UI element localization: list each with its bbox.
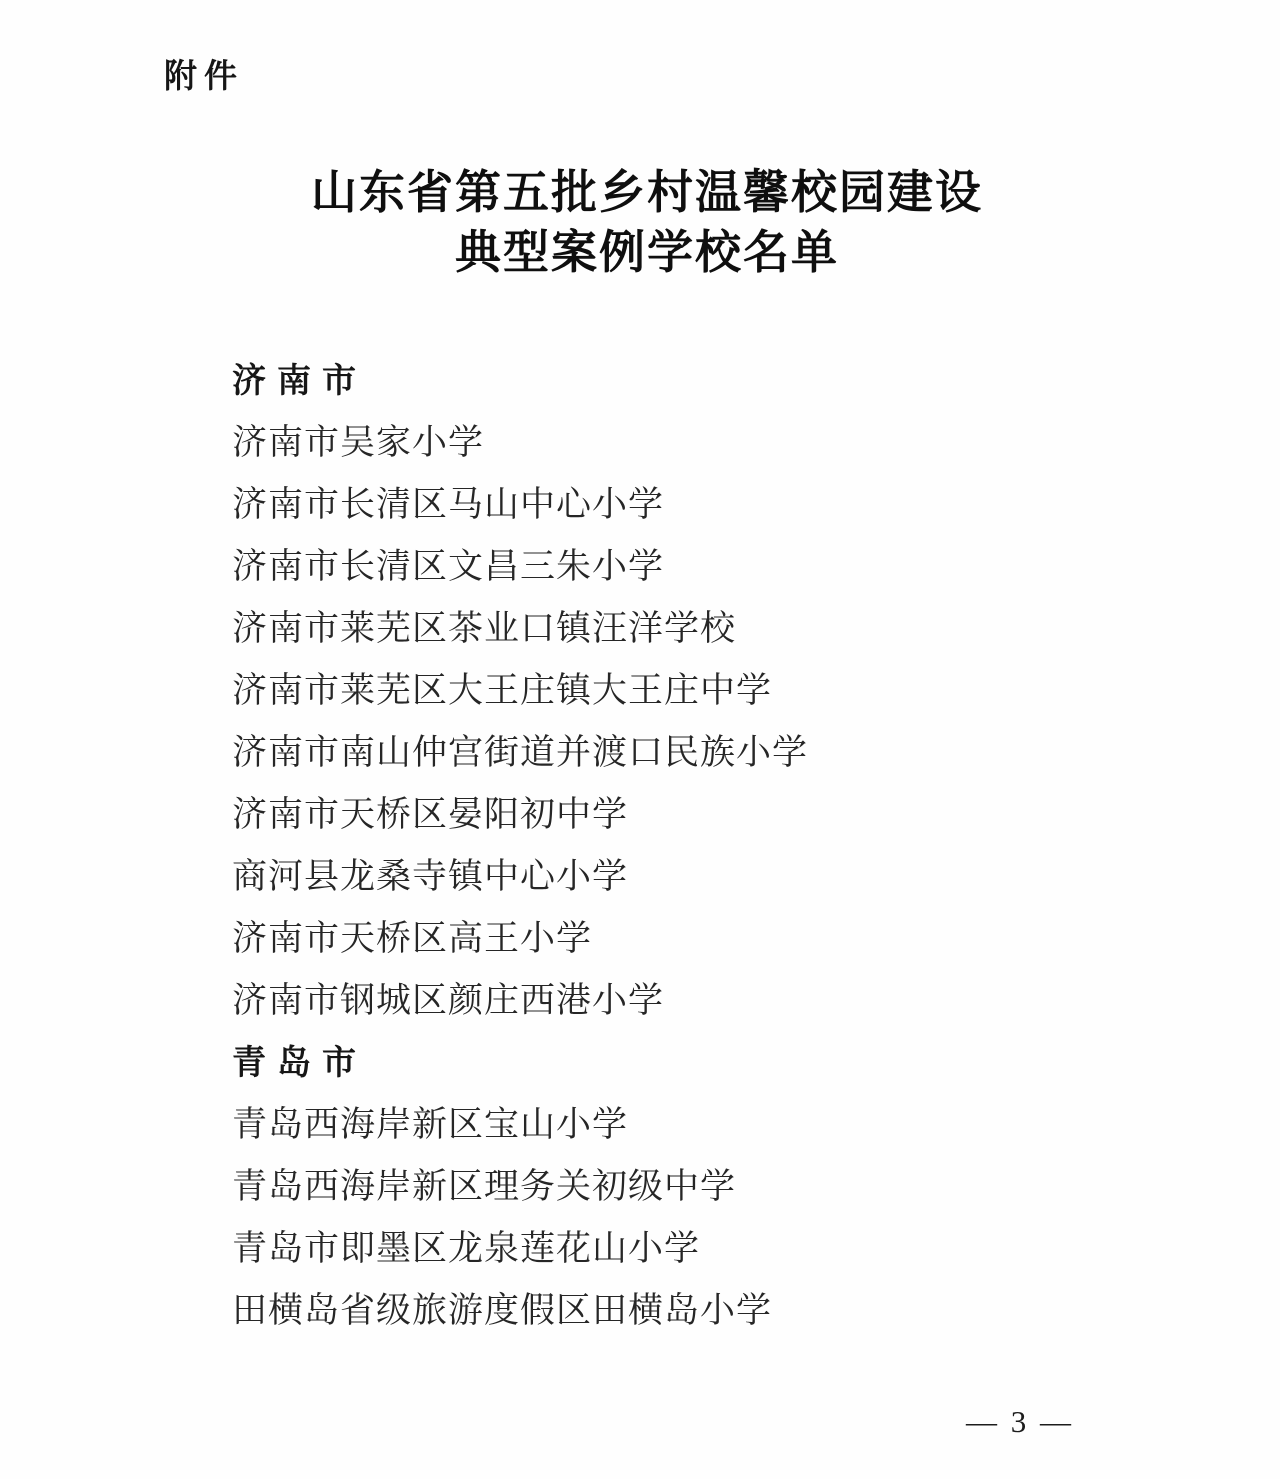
school-list-item: 济南市莱芜区茶业口镇汪洋学校 — [232, 598, 808, 660]
school-list-item: 商河县龙桑寺镇中心小学 — [232, 846, 808, 908]
school-list-item: 济南市吴家小学 — [232, 412, 808, 474]
school-list-item: 青岛西海岸新区理务关初级中学 — [232, 1156, 808, 1218]
document-title: 山东省第五批乡村温馨校园建设 典型案例学校名单 — [0, 163, 1280, 283]
school-list-item: 济南市莱芜区大王庄镇大王庄中学 — [232, 660, 808, 722]
city-heading-jinan: 济南市 — [232, 350, 808, 412]
school-list-item: 田横岛省级旅游度假区田横岛小学 — [232, 1280, 808, 1342]
school-list-item: 青岛西海岸新区宝山小学 — [232, 1094, 808, 1156]
school-list-item: 济南市长清区马山中心小学 — [232, 474, 808, 536]
page-number: — 3 — — [966, 1404, 1074, 1440]
school-list-item: 济南市南山仲宫街道并渡口民族小学 — [232, 722, 808, 784]
school-list-item: 济南市天桥区高王小学 — [232, 908, 808, 970]
document-page: 附件 山东省第五批乡村温馨校园建设 典型案例学校名单 济南市 济南市吴家小学 济… — [0, 0, 1280, 1479]
document-title-line2: 典型案例学校名单 — [14, 223, 1280, 283]
city-heading-qingdao: 青岛市 — [232, 1032, 808, 1094]
school-list-item: 济南市钢城区颜庄西港小学 — [232, 970, 808, 1032]
attachment-label: 附件 — [164, 50, 244, 97]
school-list-item: 青岛市即墨区龙泉莲花山小学 — [232, 1218, 808, 1280]
school-list: 济南市 济南市吴家小学 济南市长清区马山中心小学 济南市长清区文昌三朱小学 济南… — [232, 350, 808, 1342]
school-list-item: 济南市长清区文昌三朱小学 — [232, 536, 808, 598]
document-title-line1: 山东省第五批乡村温馨校园建设 — [14, 163, 1280, 223]
school-list-item: 济南市天桥区晏阳初中学 — [232, 784, 808, 846]
